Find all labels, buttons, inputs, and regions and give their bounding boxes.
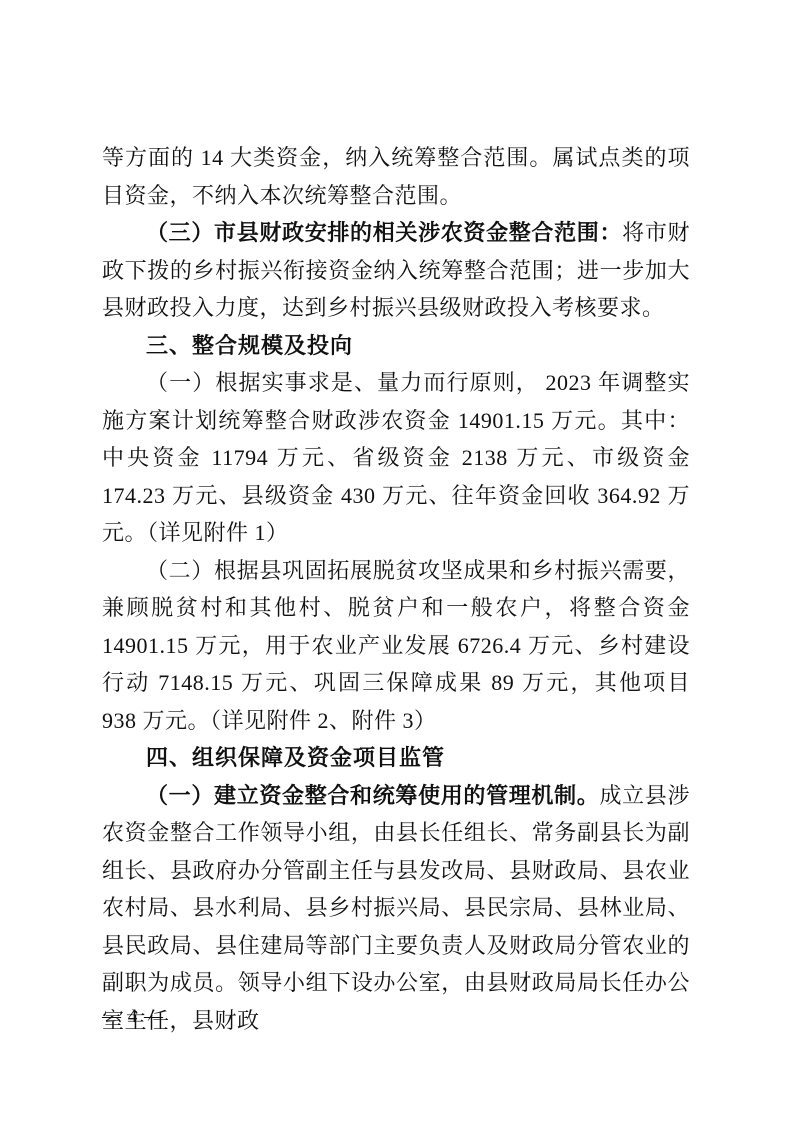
- document-page: 等方面的 14 大类资金，纳入统筹整合范围。属试点类的项目资金，不纳入本次统筹整…: [0, 0, 793, 1122]
- page-number: — 4 —: [102, 1004, 164, 1030]
- paragraph-section3-item1: （一）根据实事求是、量力而行原则， 2023 年调整实施方案计划统筹整合财政涉农…: [102, 364, 690, 552]
- paragraph-continuation-segment-0: 等方面的 14 大类资金，纳入统筹整合范围。属试点类的项目资金，不纳入本次统筹整…: [102, 145, 690, 208]
- heading-section4: 四、组织保障及资金项目监管: [102, 739, 690, 777]
- paragraph-section2-item3-segment-0: （三）市县财政安排的相关涉农资金整合范围：: [146, 220, 622, 245]
- heading-section4-segment-0: 四、组织保障及资金项目监管: [146, 745, 445, 770]
- heading-section3: 三、整合规模及投向: [102, 327, 690, 365]
- paragraph-section2-item3: （三）市县财政安排的相关涉农资金整合范围：将市财政下拨的乡村振兴衔接资金纳入统筹…: [102, 214, 690, 327]
- paragraph-section4-item1-segment-1: 成立县涉农资金整合工作领导小组，由县长任组长、常务副县长为副组长、县政府办分管副…: [102, 783, 690, 1033]
- paragraph-section4-item1: （一）建立资金整合和统筹使用的管理机制。成立县涉农资金整合工作领导小组，由县长任…: [102, 777, 690, 1040]
- paragraph-section3-item2: （二）根据县巩固拓展脱贫攻坚成果和乡村振兴需要，兼顾脱贫村和其他村、脱贫户和一般…: [102, 552, 690, 740]
- paragraph-section3-item2-segment-0: （二）根据县巩固拓展脱贫攻坚成果和乡村振兴需要，兼顾脱贫村和其他村、脱贫户和一般…: [102, 558, 690, 733]
- paragraph-section3-item1-segment-0: （一）根据实事求是、量力而行原则， 2023 年调整实施方案计划统筹整合财政涉农…: [102, 370, 690, 545]
- document-body: 等方面的 14 大类资金，纳入统筹整合范围。属试点类的项目资金，不纳入本次统筹整…: [102, 139, 690, 1039]
- paragraph-section4-item1-segment-0: （一）建立资金整合和统筹使用的管理机制。: [146, 783, 599, 808]
- paragraph-continuation: 等方面的 14 大类资金，纳入统筹整合范围。属试点类的项目资金，不纳入本次统筹整…: [102, 139, 690, 214]
- heading-section3-segment-0: 三、整合规模及投向: [146, 333, 353, 358]
